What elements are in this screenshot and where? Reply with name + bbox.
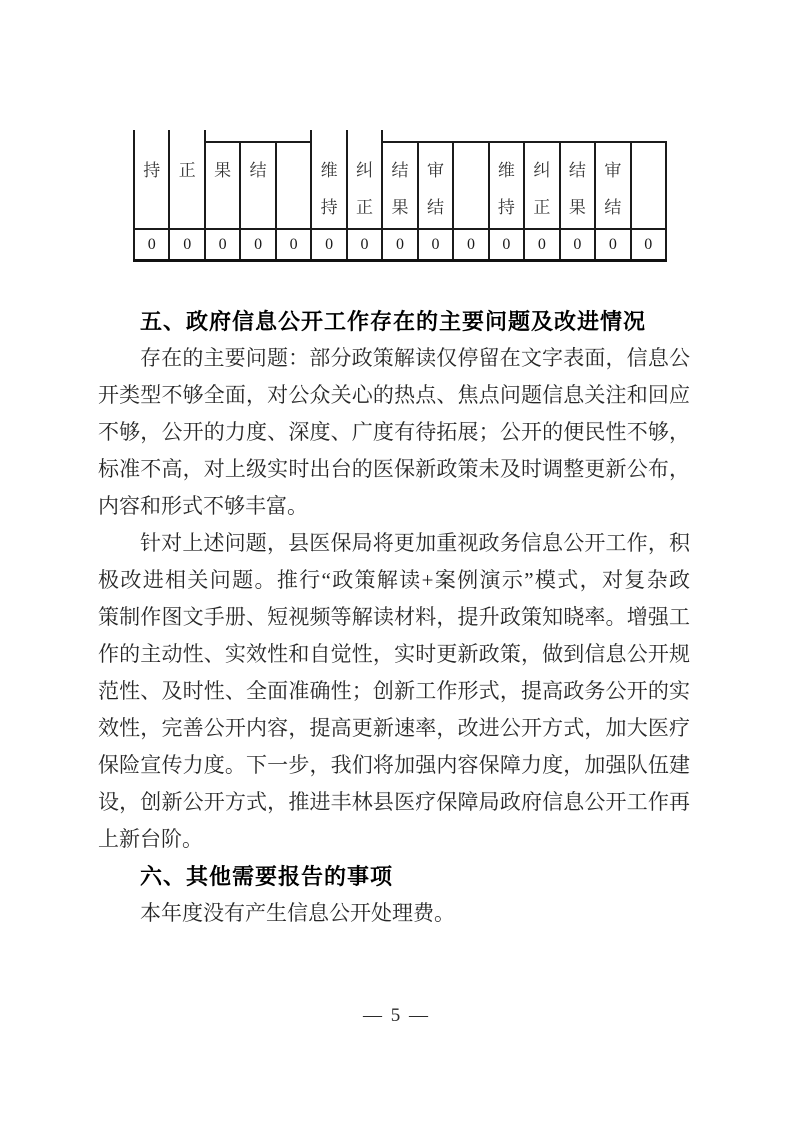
paragraph-line: 范性、及时性、全面准确性；创新工作形式，提高政务公开的实 — [98, 673, 690, 710]
paragraph-line: 设，创新公开方式，推进丰林县医疗保障局政府信息公开工作再 — [98, 784, 690, 821]
table-header-label: 结果 — [391, 152, 409, 226]
table-header-label: 审结 — [604, 152, 622, 226]
table-header-cell: 审结 — [594, 141, 631, 228]
paragraph-line: 极改进相关问题。推行“政策解读+案例演示”模式，对复杂政 — [98, 562, 690, 599]
table-header-cell — [630, 141, 667, 228]
paragraph-line: 标准不高，对上级实时出台的医保新政策未及时调整更新公布， — [98, 451, 690, 488]
table-header-cell: 维持 — [488, 141, 525, 228]
paragraph-line: 不够，公开的力度、深度、广度有待拓展；公开的便民性不够， — [98, 414, 690, 451]
paragraph-line: 上新台阶。 — [98, 821, 690, 858]
paragraph-line: 保险宣传力度。下一步，我们将加强内容保障力度，加强队伍建 — [98, 747, 690, 784]
table-value-cell: 0 — [417, 228, 454, 259]
table-header-label: 纠正 — [533, 152, 551, 226]
table-value-cell: 0 — [488, 228, 525, 259]
table-value-cell: 0 — [310, 228, 347, 259]
table-value-cell: 0 — [346, 228, 383, 259]
table-value-cell: 0 — [168, 228, 205, 259]
table-header-label: 结 — [249, 152, 267, 189]
table-value-cell: 0 — [381, 228, 418, 259]
table-value-cell: 0 — [630, 228, 667, 259]
table-header-cell: 结 — [239, 141, 276, 228]
paragraph-line: 内容和形式不够丰富。 — [98, 488, 690, 525]
table-value-cell: 0 — [559, 228, 596, 259]
table-value-cell: 0 — [239, 228, 276, 259]
table-header-cell — [275, 141, 312, 228]
paragraph-line: 作的主动性、实效性和自觉性，实时更新政策，做到信息公开规 — [98, 636, 690, 673]
table-value-row: 0 0 0 0 0 0 0 0 0 0 0 0 0 0 0 — [133, 228, 667, 262]
statistics-table: 持 正 果 结 维持 纠正 结果 审结 维持 纠正 结果 审结 0 0 0 0 … — [133, 130, 667, 262]
table-header-cell — [452, 141, 489, 228]
table-header-label: 果 — [214, 152, 232, 189]
page-number: — 5 — — [0, 1005, 793, 1027]
table-header-label: 结果 — [568, 152, 586, 226]
table-header-cell: 结果 — [381, 141, 418, 228]
paragraph-line: 策制作图文手册、短视频等解读材料，提升政策知晓率。增强工 — [98, 599, 690, 636]
paragraph-line: 针对上述问题，县医保局将更加重视政务信息公开工作，积 — [98, 525, 690, 562]
table-value-cell: 0 — [594, 228, 631, 259]
table-header-cell: 结果 — [559, 141, 596, 228]
paragraph-line: 开类型不够全面，对公众关心的热点、焦点问题信息关注和回应 — [98, 377, 690, 414]
table-header-label: 正 — [178, 152, 196, 189]
table-header-cell: 持 — [133, 130, 170, 228]
document-page: 持 正 果 结 维持 纠正 结果 审结 维持 纠正 结果 审结 0 0 0 0 … — [0, 0, 793, 1122]
table-header-label: 维持 — [497, 152, 515, 226]
table-header-cell: 维持 — [310, 130, 347, 228]
table-header-label: 维持 — [320, 152, 338, 226]
paragraph-line: 效性，完善公开内容，提高更新速率，改进公开方式，加大医疗 — [98, 710, 690, 747]
section-six-heading: 六、其他需要报告的事项 — [98, 858, 690, 895]
table-value-cell: 0 — [452, 228, 489, 259]
table-header-row: 持 正 果 结 维持 纠正 结果 审结 维持 纠正 结果 审结 — [133, 130, 667, 228]
table-header-cell: 正 — [168, 130, 205, 228]
table-header-cell: 审结 — [417, 141, 454, 228]
table-header-cell: 纠正 — [346, 130, 383, 228]
table-header-cell: 纠正 — [523, 141, 560, 228]
table-value-cell: 0 — [133, 228, 170, 259]
paragraph-line: 存在的主要问题：部分政策解读仅停留在文字表面，信息公 — [98, 340, 690, 377]
table-header-label: 持 — [143, 152, 161, 189]
table-header-label: 纠正 — [356, 152, 374, 226]
table-header-cell: 果 — [204, 141, 241, 228]
table-value-cell: 0 — [204, 228, 241, 259]
table-value-cell: 0 — [275, 228, 312, 259]
table-value-cell: 0 — [523, 228, 560, 259]
table-header-label: 审结 — [426, 152, 444, 226]
document-body: 五、政府信息公开工作存在的主要问题及改进情况 存在的主要问题：部分政策解读仅停留… — [98, 303, 690, 932]
paragraph-line: 本年度没有产生信息公开处理费。 — [98, 895, 690, 932]
section-five-heading: 五、政府信息公开工作存在的主要问题及改进情况 — [98, 303, 690, 340]
